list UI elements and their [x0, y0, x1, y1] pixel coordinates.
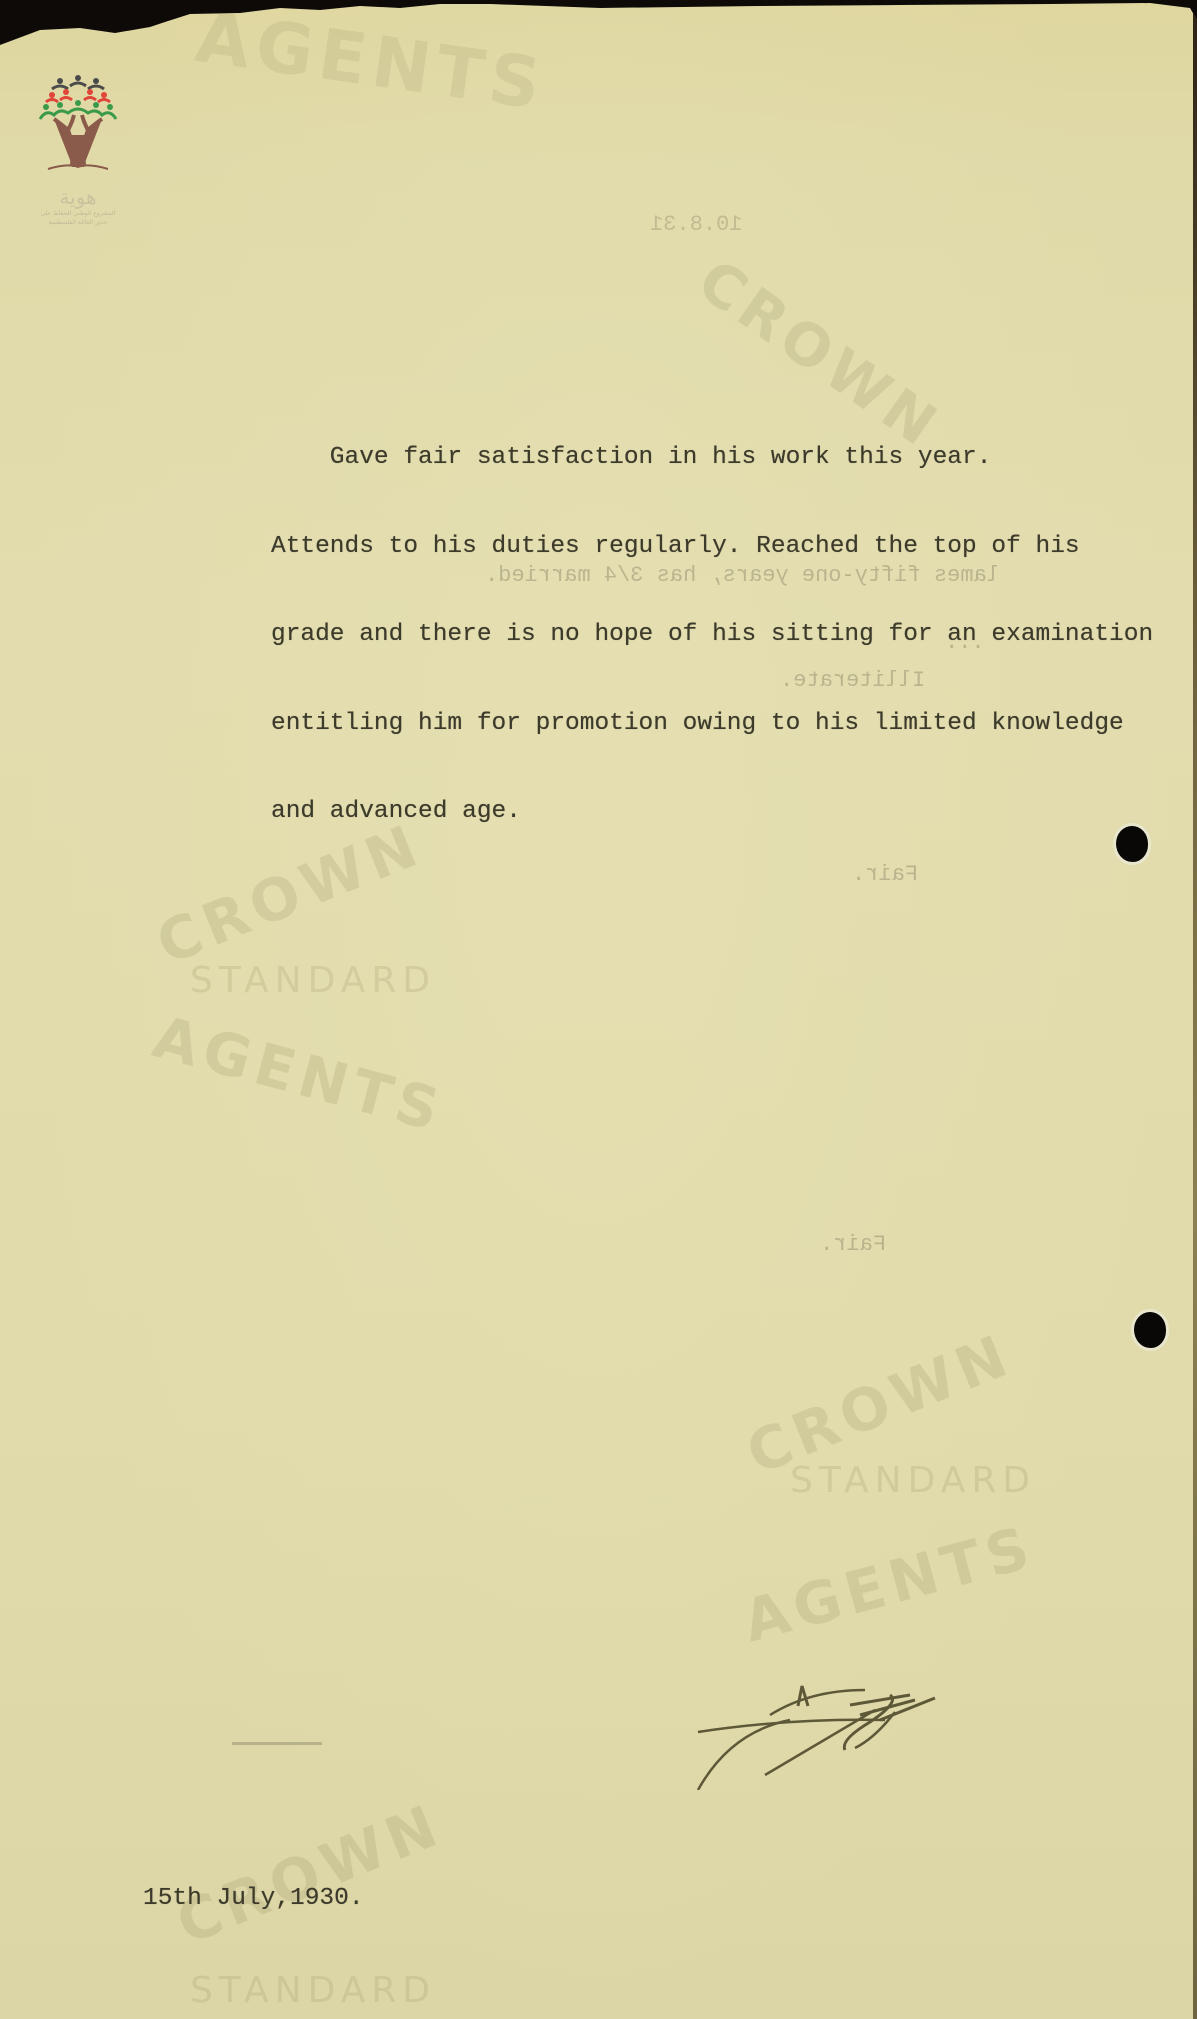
- watermark-standard-4: STANDARD: [190, 1970, 436, 2011]
- faint-mark: [232, 1742, 322, 1745]
- watermark-crown-4: CROWN: [167, 1790, 451, 1958]
- page-edge-shadow: [1193, 0, 1197, 2019]
- logo-arabic-caption-1: المشروع الوطني للحفاظ على: [28, 209, 128, 218]
- report-body: Gave fair satisfaction in his work this …: [271, 384, 1153, 886]
- punch-hole-1: [1116, 826, 1148, 862]
- watermark-agents-top: AGENTS: [191, 0, 551, 126]
- report-line-1: Gave fair satisfaction in his work this …: [271, 443, 1153, 473]
- bleed-through-fair-2: Fair.: [820, 1232, 886, 1257]
- bleed-through-reference: 10.8.31: [650, 212, 742, 237]
- document-page: هوية المشروع الوطني للحفاظ على جذور العا…: [0, 0, 1197, 2019]
- punch-hole-2: [1134, 1312, 1166, 1348]
- report-line-5: and advanced age.: [271, 797, 1153, 827]
- watermark-agents-3: AGENTS: [736, 1513, 1041, 1656]
- logo-arabic-title: هوية: [28, 185, 128, 209]
- signature-icon: [670, 1660, 950, 1790]
- logo-caption: هوية المشروع الوطني للحفاظ على جذور العا…: [28, 185, 128, 227]
- logo-arabic-caption-2: جذور العائلة الفلسطينية: [28, 218, 128, 227]
- watermark-agents-2: AGENTS: [146, 1003, 451, 1146]
- report-date: 15th July,1930.: [143, 1885, 364, 1912]
- report-line-4: entitling him for promotion owing to his…: [271, 709, 1153, 739]
- watermark-standard-3: STANDARD: [790, 1460, 1036, 1501]
- report-line-2: Attends to his duties regularly. Reached…: [271, 532, 1153, 562]
- watermark-standard-2: STANDARD: [190, 960, 436, 1001]
- report-line-3: grade and there is no hope of his sittin…: [271, 620, 1153, 650]
